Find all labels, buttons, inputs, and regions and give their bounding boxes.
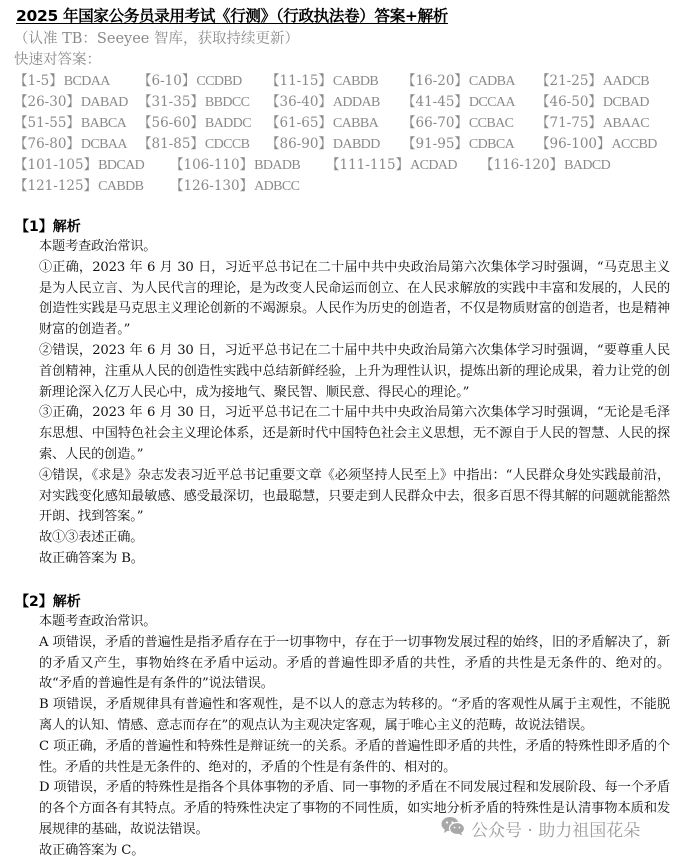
answer-group: 【126-130】ADBCC xyxy=(170,176,299,197)
paragraph: C 项正确，矛盾的普遍性和特殊性是辩证统一的关系。矛盾的普遍性即矛盾的共性，矛盾… xyxy=(39,737,670,779)
answer-group: 【66-70】CCBAC xyxy=(402,113,513,134)
answer-group: 【81-85】CDCCB xyxy=(138,134,249,155)
watermark-text: 公众号 · 助力祖国花朵 xyxy=(471,816,640,841)
paragraph: ②错误，2023 年 6 月 30 日，习近平总书记在二十届中共中央政治局第六次… xyxy=(39,341,670,403)
paragraph: 本题考查政治常识。 xyxy=(39,612,670,633)
answer-row: 【76-80】DCBAA 【81-85】CDCCB 【86-90】DABDD 【… xyxy=(14,134,684,155)
answer-group: 【51-55】BABCA xyxy=(14,113,126,134)
answer-row: 【121-125】CABDB 【126-130】ADBCC xyxy=(14,176,684,197)
answer-group: 【6-10】CCDBD xyxy=(138,71,242,92)
document-title: 2025 年国家公务员录用考试《行测》（行政执法卷）答案+解析 xyxy=(16,6,448,26)
paragraph: 本题考查政治常识。 xyxy=(39,237,670,258)
answer-group: 【56-60】BADDC xyxy=(138,113,251,134)
paragraph: 故正确答案为 C。 xyxy=(39,841,670,860)
source-note: （认准 TB：Seeyee 智库，获取持续更新） xyxy=(14,29,299,49)
paragraph: B 项错误，矛盾规律具有普遍性和客观性，是不以人的意志为转移的。“矛盾的客观性从… xyxy=(39,695,670,737)
answer-group: 【11-15】CABDB xyxy=(266,71,378,92)
answer-row: 【101-105】BDCAD 【106-110】BDADB 【111-115】A… xyxy=(14,155,684,176)
answer-group: 【36-40】ADDAB xyxy=(266,92,380,113)
paragraph: 故①③表述正确。 xyxy=(39,528,670,549)
answer-group: 【86-90】DABDD xyxy=(266,134,380,155)
answer-group: 【76-80】DCBAA xyxy=(14,134,127,155)
wechat-icon xyxy=(441,816,465,841)
paragraph: ①正确，2023 年 6 月 30 日，习近平总书记在二十届中共中央政治局第六次… xyxy=(39,258,670,341)
answer-row: 【51-55】BABCA 【56-60】BADDC 【61-65】CABBA 【… xyxy=(14,113,684,134)
answer-key-grid: 【1-5】BCDAA 【6-10】CCDBD 【11-15】CABDB 【16-… xyxy=(14,71,684,197)
answer-group: 【101-105】BDCAD xyxy=(14,155,144,176)
section-heading: 【2】解析 xyxy=(15,592,676,612)
paragraph: A 项错误，矛盾的普遍性是指矛盾存在于一切事物中，存在于一切事物发展过程的始终，… xyxy=(39,633,670,695)
answer-group: 【71-75】ABAAC xyxy=(536,113,649,134)
quick-answers-label: 快速对答案： xyxy=(14,50,101,70)
section-heading: 【1】解析 xyxy=(15,217,676,237)
answer-group: 【26-30】DABAD xyxy=(14,92,128,113)
answer-row: 【26-30】DABAD 【31-35】BBDCC 【36-40】ADDAB 【… xyxy=(14,92,684,113)
answer-row: 【1-5】BCDAA 【6-10】CCDBD 【11-15】CABDB 【16-… xyxy=(14,71,684,92)
answer-group: 【41-45】DCCAA xyxy=(402,92,515,113)
answer-group: 【31-35】BBDCC xyxy=(138,92,249,113)
answer-group: 【16-20】CADBA xyxy=(402,71,515,92)
watermark: 公众号 · 助力祖国花朵 xyxy=(441,816,640,841)
answer-group: 【91-95】CDBCA xyxy=(402,134,514,155)
answer-group: 【96-100】ACCBD xyxy=(536,134,657,155)
answer-group: 【106-110】BDADB xyxy=(170,155,300,176)
explanation-section-1: 【1】解析 本题考查政治常识。 ①正确，2023 年 6 月 30 日，习近平总… xyxy=(16,217,676,570)
answer-group: 【21-25】AADCB xyxy=(536,71,649,92)
paragraph: 故正确答案为 B。 xyxy=(39,549,670,570)
answer-group: 【1-5】BCDAA xyxy=(14,71,110,92)
answer-group: 【121-125】CABDB xyxy=(14,176,143,197)
answer-group: 【61-65】CABBA xyxy=(266,113,378,134)
paragraph: ③正确，2023 年 6 月 30 日，习近平总书记在二十届中共中央政治局第六次… xyxy=(39,403,670,465)
answer-group: 【116-120】BADCD xyxy=(480,155,610,176)
answer-group: 【111-115】ACDAD xyxy=(326,155,457,176)
paragraph: ④错误，《求是》杂志发表习近平总书记重要文章《必须坚持人民至上》中指出：“人民群… xyxy=(39,466,670,528)
answer-group: 【46-50】DCBAD xyxy=(536,92,649,113)
